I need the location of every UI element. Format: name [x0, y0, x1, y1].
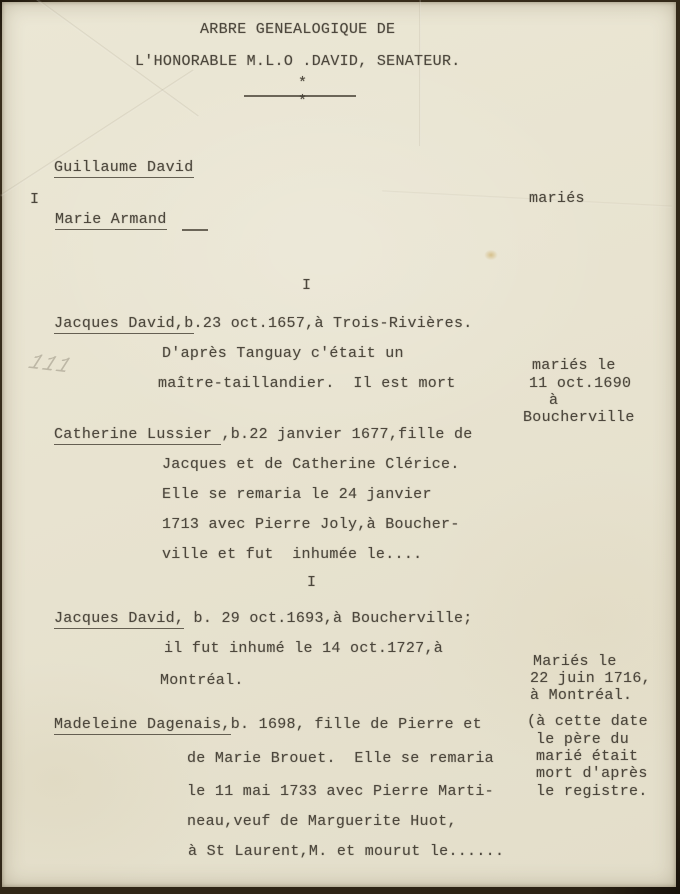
husband-entry-jacques-david-2: Jacques David, b. 29 oct.1693,à Boucherv… — [54, 611, 473, 627]
parenthetical-note-line: le père du — [536, 732, 629, 748]
marriage-note-line: Boucherville — [523, 410, 635, 426]
document-title-line-2: L'HONORABLE M.L.O .DAVID, SENATEUR. — [135, 54, 461, 70]
wife-note-line: à St Laurent,M. et mourut le...... — [188, 844, 504, 860]
marriage-note: mariés — [529, 191, 585, 207]
parenthetical-note-line: le registre. — [536, 784, 648, 800]
scanned-photo-background: 111 ARBRE GENEALOGIQUE DE L'HONORABLE M.… — [0, 0, 680, 894]
wife-note-line: ville et fut inhumée le.... — [162, 547, 422, 563]
husband-note-line: Montréal. — [160, 673, 244, 689]
parenthetical-note-line: (à cette date — [527, 714, 648, 730]
husband-note-line: D'après Tanguay c'était un — [162, 346, 404, 362]
paper-crease — [419, 0, 421, 146]
underlined-name: Marie Armand — [55, 211, 167, 230]
descent-mark: I — [30, 192, 39, 208]
descent-mark: I — [307, 575, 316, 591]
underlined-name: Jacques David, — [54, 610, 184, 629]
wife-note-line: Jacques et de Catherine Clérice. — [162, 457, 460, 473]
wife-name-marie-armand: Marie Armand — [55, 212, 167, 228]
underlined-name: Madeleine Dagenais, — [54, 716, 231, 735]
husband-note-line: maître-taillandier. Il est mort — [158, 376, 456, 392]
marriage-note-line: 11 oct.1690 — [529, 376, 631, 392]
wife-note-line: 1713 avec Pierre Joly,à Boucher- — [162, 517, 460, 533]
underlined-name: Catherine Lussier — [54, 426, 221, 445]
parenthetical-note-line: marié était — [536, 749, 638, 765]
pencil-margin-mark: 111 — [22, 352, 78, 379]
entry-text: b. 1698, fille de Pierre et — [231, 716, 482, 733]
wife-entry-catherine-lussier: Catherine Lussier ,b.22 janvier 1677,fil… — [54, 427, 473, 443]
entry-text: b. 29 oct.1693,à Boucherville; — [184, 610, 472, 627]
husband-note-line: il fut inhumé le 14 oct.1727,à — [164, 641, 443, 657]
trailing-underline — [182, 229, 208, 231]
entry-text: .23 oct.1657,à Trois-Rivières. — [194, 315, 473, 332]
parenthetical-note-line: mort d'après — [536, 766, 648, 782]
paper-stain — [482, 248, 500, 262]
wife-entry-madeleine-dagenais: Madeleine Dagenais,b. 1698, fille de Pie… — [54, 717, 482, 733]
entry-text: ,b.22 janvier 1677,fille de — [221, 426, 472, 443]
divider-star-bottom: * — [298, 94, 307, 110]
underlined-name: Guillaume David — [54, 159, 194, 178]
husband-name-guillaume-david: Guillaume David — [54, 160, 194, 176]
paper-sheet: 111 ARBRE GENEALOGIQUE DE L'HONORABLE M.… — [2, 2, 676, 887]
wife-note-line: neau,veuf de Marguerite Huot, — [187, 814, 457, 830]
marriage-note-line: 22 juin 1716, — [530, 671, 651, 687]
wife-note-line: Elle se remaria le 24 janvier — [162, 487, 432, 503]
marriage-note-line: à — [549, 393, 558, 409]
wife-note-line: le 11 mai 1733 avec Pierre Marti- — [187, 784, 494, 800]
marriage-note-line: Mariés le — [533, 654, 617, 670]
wife-note-line: de Marie Brouet. Elle se remaria — [187, 751, 494, 767]
marriage-note-line: à Montréal. — [530, 688, 632, 704]
marriage-note-line: mariés le — [532, 358, 616, 374]
divider-star-top: * — [298, 76, 307, 92]
document-title-line-1: ARBRE GENEALOGIQUE DE — [200, 22, 395, 38]
underlined-name: Jacques David,b — [54, 315, 194, 334]
paper-crease — [382, 190, 672, 207]
descent-mark: I — [302, 278, 311, 294]
husband-entry-jacques-david-1: Jacques David,b.23 oct.1657,à Trois-Rivi… — [54, 316, 473, 332]
